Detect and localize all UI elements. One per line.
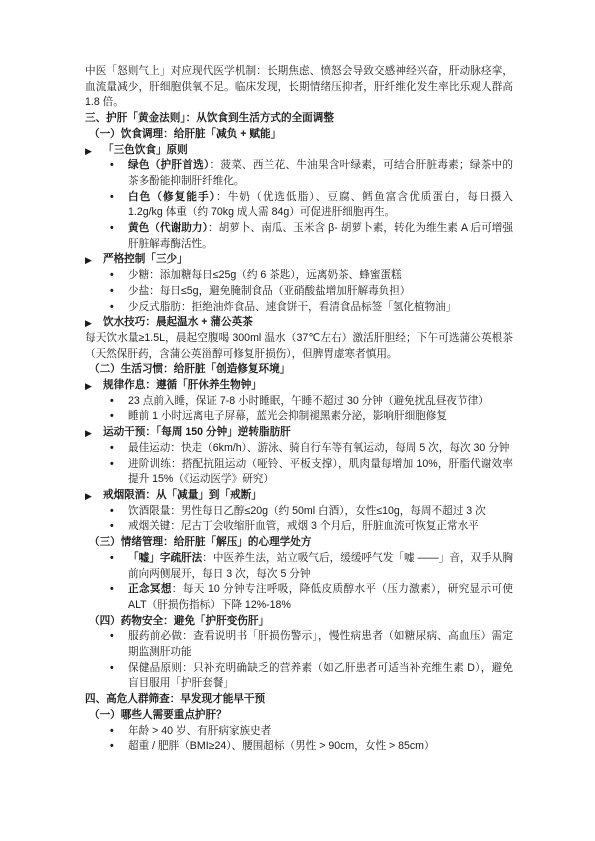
- text-run: 运动干预：「每周 150 分钟」逆转脂肪肝: [103, 426, 291, 438]
- text-run: 保健品原则：只补充明确缺乏的营养素（如乙肝患者可适当补充维生素 D），避免盲目服…: [128, 662, 513, 690]
- bullet-item: •23 点前入睡，保证 7-8 小时睡眠，午睡不超过 30 分钟（避免扰乱昼夜节…: [85, 394, 513, 410]
- sub-heading: （三）情绪管理：给肝脏「解压」的心理学处方: [85, 535, 513, 551]
- text-run: （一）饮食调理：给肝脏「减负 + 赋能」: [89, 128, 281, 140]
- bullet-item: •最佳运动：快走（6km/h）、游泳、骑自行车等有氧运动，每周 5 次，每次 3…: [85, 441, 513, 457]
- section-heading: 三、护肝「黄金法则」：从饮食到生活方式的全面调整: [85, 111, 513, 127]
- arrow-icon: ▶: [85, 426, 92, 442]
- text-run: 黄色（代谢助力）: [128, 222, 208, 234]
- bullet-item: •少反式脂肪：拒绝油炸食品、速食饼干，看清食品标签「氢化植物油」: [85, 300, 513, 316]
- bullet-marker: •: [110, 551, 114, 567]
- arrow-icon: ▶: [85, 489, 92, 505]
- text-run: 戒烟关键：尼古丁会收缩肝血管，戒烟 3 个月后，肝脏血流可恢复正常水平: [128, 520, 479, 532]
- text-run: 睡前 1 小时远离电子屏幕，蓝光会抑制褪黑素分泌，影响肝细胞修复: [128, 410, 447, 422]
- bullet-marker: •: [110, 158, 114, 174]
- bullet-item: •睡前 1 小时远离电子屏幕，蓝光会抑制褪黑素分泌，影响肝细胞修复: [85, 409, 513, 425]
- sub-heading: （一）哪些人需要重点护肝？: [85, 708, 513, 724]
- text-run: 绿色（护肝首选）: [128, 159, 210, 171]
- text-run: 「三色饮食」原则: [103, 144, 188, 156]
- sub-heading: （一）饮食调理：给肝脏「减负 + 赋能」: [85, 127, 513, 143]
- bullet-marker: •: [110, 300, 114, 316]
- text-run: 进阶训练：搭配抗阻运动（哑铃、平板支撑），肌肉量每增加 10%，肝脂代谢效率提升…: [128, 458, 513, 486]
- bullet-item: •少盐：每日≤5g，避免腌制食品（亚硝酸盐增加肝解毒负担）: [85, 284, 513, 300]
- paragraph: 每天饮水量≥1.5L，晨起空腹喝 300ml 温水（37℃左右）激活肝胆经；下午…: [85, 331, 513, 362]
- text-run: （三）情绪管理：给肝脏「解压」的心理学处方: [89, 536, 311, 548]
- document-body: 中医「怒则气上」对应现代医学机制：长期焦虑、愤怒会导致交感神经兴奋，肝动脉痉挛，…: [85, 64, 513, 755]
- text-run: 每天饮水量≥1.5L，晨起空腹喝 300ml 温水（37℃左右）激活肝胆经；下午…: [85, 332, 513, 360]
- arrow-item: ▶「三色饮食」原则: [85, 143, 513, 159]
- text-run: 四、高危人群筛查：早发现才能早干预: [85, 693, 265, 705]
- text-run: 少盐：每日≤5g，避免腌制食品（亚硝酸盐增加肝解毒负担）: [128, 285, 410, 297]
- document-page: 中医「怒则气上」对应现代医学机制：长期焦虑、愤怒会导致交感神经兴奋，肝动脉痉挛，…: [0, 0, 595, 841]
- section-heading: 四、高危人群筛查：早发现才能早干预: [85, 692, 513, 708]
- bullet-item: •保健品原则：只补充明确缺乏的营养素（如乙肝患者可适当补充维生素 D），避免盲目…: [85, 661, 513, 692]
- bullet-item: •戒烟关键：尼古丁会收缩肝血管，戒烟 3 个月后，肝脏血流可恢复正常水平: [85, 519, 513, 535]
- bullet-marker: •: [110, 409, 114, 425]
- sub-heading: （四）药物安全：避免「护肝变伤肝」: [85, 614, 513, 630]
- text-run: 23 点前入睡，保证 7-8 小时睡眠，午睡不超过 30 分钟（避免扰乱昼夜节律…: [128, 395, 489, 407]
- bullet-marker: •: [110, 394, 114, 410]
- bullet-item: •黄色（代谢助力）：胡萝卜、南瓜、玉米含 β- 胡萝卜素，转化为维生素 A 后可…: [85, 221, 513, 252]
- bullet-item: •正念冥想：每天 10 分钟专注呼吸，降低皮质醇水平（压力激素），研究显示可使 …: [85, 582, 513, 613]
- bullet-marker: •: [110, 268, 114, 284]
- bullet-item: •服药前必做：查看说明书「肝损伤警示」，慢性病患者（如糖尿病、高血压）需定期监测…: [85, 629, 513, 660]
- bullet-marker: •: [110, 221, 114, 237]
- bullet-marker: •: [110, 739, 114, 755]
- text-run: 少反式脂肪：拒绝油炸食品、速食饼干，看清食品标签「氢化植物油」: [128, 301, 456, 313]
- bullet-item: •进阶训练：搭配抗阻运动（哑铃、平板支撑），肌肉量每增加 10%，肝脂代谢效率提…: [85, 457, 513, 488]
- bullet-item: •绿色（护肝首选）：菠菜、西兰花、牛油果含叶绿素，可结合肝脏毒素；绿茶中的茶多酚…: [85, 158, 513, 189]
- text-run: 白色（修复能手）: [128, 191, 216, 203]
- paragraph: 中医「怒则气上」对应现代医学机制：长期焦虑、愤怒会导致交感神经兴奋，肝动脉痉挛，…: [85, 64, 513, 111]
- arrow-item: ▶戒烟限酒：从「减量」到「戒断」: [85, 488, 513, 504]
- text-run: 少糖：添加糖每日≤25g（约 6 茶匙），远离奶茶、蜂蜜蛋糕: [128, 269, 402, 281]
- bullet-item: •年龄 > 40 岁、有肝病家族史者: [85, 724, 513, 740]
- text-run: 规律作息：遵循「肝休养生物钟」: [103, 379, 262, 391]
- text-run: 三、护肝「黄金法则」：从饮食到生活方式的全面调整: [85, 112, 334, 124]
- sub-heading: （二）生活习惯：给肝脏「创造修复环境」: [85, 362, 513, 378]
- text-run: 饮水技巧：晨起温水 + 蒲公英茶: [103, 316, 253, 328]
- bullet-marker: •: [110, 457, 114, 473]
- arrow-item: ▶严格控制「三少」: [85, 252, 513, 268]
- text-run: 最佳运动：快走（6km/h）、游泳、骑自行车等有氧运动，每周 5 次，每次 30…: [128, 442, 509, 454]
- bullet-marker: •: [110, 582, 114, 598]
- bullet-item: •超重 / 肥胖（BMI≥24）、腰围超标（男性 > 90cm，女性 > 85c…: [85, 739, 513, 755]
- text-run: 超重 / 肥胖（BMI≥24）、腰围超标（男性 > 90cm，女性 > 85cm…: [128, 740, 435, 752]
- bullet-marker: •: [110, 504, 114, 520]
- text-run: （二）生活习惯：给肝脏「创造修复环境」: [89, 363, 290, 375]
- bullet-marker: •: [110, 519, 114, 535]
- text-run: （一）哪些人需要重点护肝？: [89, 709, 227, 721]
- bullet-item: •饮酒限量：男性每日乙醇≤20g（约 50ml 白酒），女性≤10g，每周不超过…: [85, 504, 513, 520]
- bullet-marker: •: [110, 661, 114, 677]
- bullet-marker: •: [110, 284, 114, 300]
- bullet-item: •少糖：添加糖每日≤25g（约 6 茶匙），远离奶茶、蜂蜜蛋糕: [85, 268, 513, 284]
- arrow-icon: ▶: [85, 144, 92, 160]
- bullet-item: •「嘘」字疏肝法：中医养生法，站立吸气后，缓缓呼气发「嘘 ——」音，双手从胸前向…: [85, 551, 513, 582]
- text-run: 「嘘」字疏肝法: [128, 552, 202, 564]
- arrow-icon: ▶: [85, 379, 92, 395]
- text-run: 中医「怒则气上」对应现代医学机制：长期焦虑、愤怒会导致交感神经兴奋，肝动脉痉挛，…: [85, 65, 513, 108]
- bullet-marker: •: [110, 724, 114, 740]
- arrow-item: ▶规律作息：遵循「肝休养生物钟」: [85, 378, 513, 394]
- arrow-item: ▶饮水技巧：晨起温水 + 蒲公英茶: [85, 315, 513, 331]
- text-run: ：每天 10 分钟专注呼吸，降低皮质醇水平（压力激素），研究显示可使 ALT（肝…: [128, 583, 513, 611]
- text-run: 服药前必做：查看说明书「肝损伤警示」，慢性病患者（如糖尿病、高血压）需定期监测肝…: [128, 630, 513, 658]
- text-run: （四）药物安全：避免「护肝变伤肝」: [89, 615, 269, 627]
- text-run: 年龄 > 40 岁、有肝病家族史者: [128, 725, 271, 737]
- bullet-marker: •: [110, 441, 114, 457]
- text-run: 戒烟限酒：从「减量」到「戒断」: [103, 489, 262, 501]
- bullet-marker: •: [110, 629, 114, 645]
- bullet-marker: •: [110, 190, 114, 206]
- text-run: 正念冥想: [128, 583, 172, 595]
- arrow-item: ▶运动干预：「每周 150 分钟」逆转脂肪肝: [85, 425, 513, 441]
- arrow-icon: ▶: [85, 316, 92, 332]
- arrow-icon: ▶: [85, 253, 92, 269]
- text-run: 饮酒限量：男性每日乙醇≤20g（约 50ml 白酒），女性≤10g，每周不超过 …: [128, 505, 486, 517]
- text-run: 严格控制「三少」: [103, 253, 188, 265]
- bullet-item: •白色（修复能手）：牛奶（优选低脂）、豆腐、鳕鱼富含优质蛋白，每日摄入 1.2g…: [85, 190, 513, 221]
